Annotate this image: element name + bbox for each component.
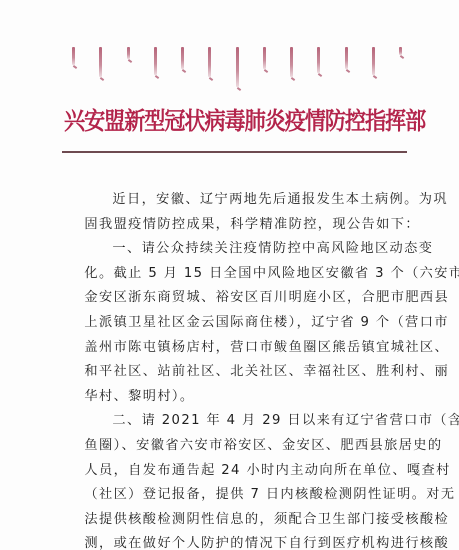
document-title: 兴安盟新型冠状病毒肺炎疫情防控指挥部 <box>64 102 368 140</box>
mongolian-word <box>208 47 211 77</box>
text-line: 鱼圈）、安徽省六安市裕安区、金安区、肥西县旅居史的 <box>58 434 403 459</box>
text-line: 化。截止 5 月 15 日全国中风险地区安徽省 3 个（六安市 <box>58 262 403 287</box>
mongolian-word <box>290 47 293 77</box>
mongolian-word <box>345 47 348 69</box>
mongolian-word <box>154 47 157 75</box>
mongolian-word <box>236 47 239 87</box>
text-line: （社区）登记报备，提供 7 日内核酸检测阴性证明。对无 <box>58 483 403 508</box>
mongolian-word <box>72 47 75 65</box>
text-line: 华村、黎明村）。 <box>58 385 403 410</box>
document-body: 近日，安徽、辽宁两地先后通报发生本土病例。为巩 固我盟疫情防控成果，科学精准防控… <box>58 188 403 550</box>
text-line: 盖州市陈屯镇杨店村，营口市鲅鱼圈区熊岳镇宜城社区、 <box>58 336 403 361</box>
mongolian-script-header <box>72 47 402 92</box>
text-line: 二、请 2021 年 4 月 29 日以来有辽宁省营口市（含鲅 <box>58 409 403 434</box>
mongolian-word <box>99 47 102 77</box>
text-line: 金安区浙东商贸城、裕安区百川明庭小区，合肥市肥西县 <box>58 286 403 311</box>
mongolian-word <box>317 47 320 73</box>
mongolian-word <box>181 47 184 69</box>
mongolian-word <box>263 47 266 69</box>
intro-paragraph: 近日，安徽、辽宁两地先后通报发生本土病例。为巩 固我盟疫情防控成果，科学精准防控… <box>58 188 403 237</box>
mongolian-word <box>399 47 402 55</box>
mongolian-word <box>372 47 375 75</box>
section-one-paragraph: 一、请公众持续关注疫情防控中高风险地区动态变 化。截止 5 月 15 日全国中风… <box>58 237 403 409</box>
text-line: 和平社区、站前社区、北关社区、幸福社区、胜利村、丽 <box>58 360 403 385</box>
text-line: 上派镇卫星社区金云国际商住楼），辽宁省 9 个（营口市 <box>58 311 403 336</box>
mongolian-word <box>127 47 130 59</box>
document-page: 兴安盟新型冠状病毒肺炎疫情防控指挥部 近日，安徽、辽宁两地先后通报发生本土病例。… <box>0 0 459 550</box>
text-line: 人员，自发布通告起 24 小时内主动向所在单位、嘎查村 <box>58 459 403 484</box>
text-line: 近日，安徽、辽宁两地先后通报发生本土病例。为巩 <box>58 188 403 213</box>
text-line: 测，或在做好个人防护的情况下自行到医疗机构进行核酸 <box>58 532 403 550</box>
section-two-paragraph: 二、请 2021 年 4 月 29 日以来有辽宁省营口市（含鲅 鱼圈）、安徽省六… <box>58 409 403 550</box>
text-line: 固我盟疫情防控成果，科学精准防控，现公告如下： <box>58 213 403 238</box>
title-divider <box>62 151 407 153</box>
text-line: 法提供核酸检测阴性信息的，须配合卫生部门接受核酸检 <box>58 508 403 533</box>
text-line: 一、请公众持续关注疫情防控中高风险地区动态变 <box>58 237 403 262</box>
